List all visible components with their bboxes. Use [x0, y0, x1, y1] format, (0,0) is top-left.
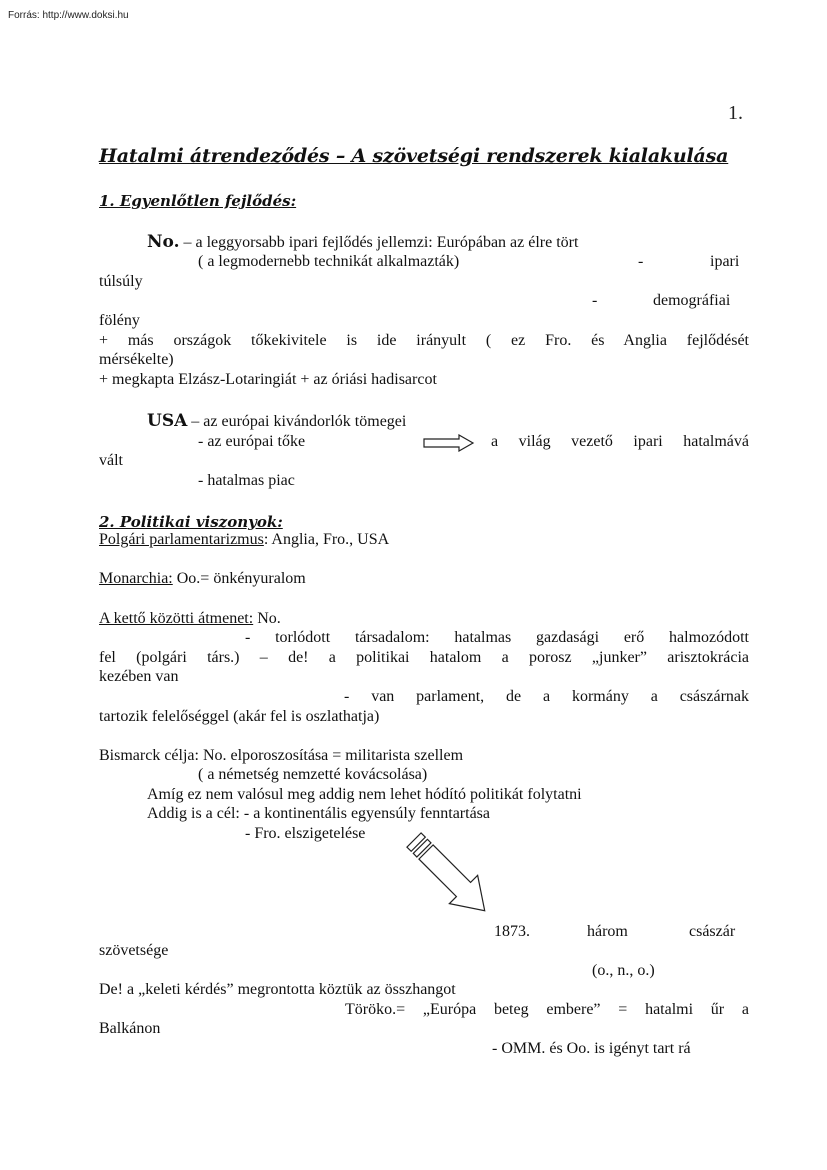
no-line-2b: -	[638, 252, 643, 272]
bismarck-4: Addig is a cél: - a kontinentális egyens…	[147, 804, 490, 824]
usa-line-4: - hatalmas piac	[198, 471, 295, 491]
bismarck-1: Bismarck célja: No. elporoszosítása = mi…	[99, 746, 463, 766]
monarchia-line: Monarchia: Oo.= önkényuralom	[99, 569, 306, 589]
atmenet-1: - torlódott társadalom: hatalmas gazdasá…	[245, 628, 749, 648]
down-right-arrow-icon	[402, 830, 492, 922]
no-line-8: + megkapta Elzász-Lotaringiát + az óriás…	[99, 370, 437, 390]
toroko-1: Töröko.= „Európa beteg embere” = hatalmi…	[345, 1000, 749, 1020]
alliance-year: 1873.	[494, 922, 530, 942]
atmenet-2: fel (polgári társ.) – de! a politikai ha…	[99, 648, 749, 668]
no-line-6: + más országok tőkekivitele is ide irány…	[99, 331, 749, 351]
page-number: 1.	[728, 102, 743, 125]
usa-line-3: vált	[99, 451, 123, 471]
bismarck-3: Amíg ez nem valósul meg addig nem lehet …	[147, 785, 582, 805]
atmenet-3: kezében van	[99, 667, 179, 687]
no-line-5: fölény	[99, 311, 140, 331]
atmenet-5: tartozik felelőséggel (akár fel is oszla…	[99, 707, 379, 727]
section2-heading: 2. Politikai viszonyok:	[99, 512, 283, 532]
polgari-line: Polgári parlamentarizmus: Anglia, Fro., …	[99, 530, 389, 550]
no-label: No.	[147, 232, 180, 252]
omm-line: - OMM. és Oo. is igényt tart rá	[492, 1039, 691, 1059]
no-line-2a: ( a legmodernebb technikát alkalmazták)	[198, 252, 459, 272]
atmenet-line: A kettő közötti átmenet: No.	[99, 609, 281, 629]
no-line-2c: ipari	[710, 252, 739, 272]
keleti-line: De! a „keleti kérdés” megrontotta köztük…	[99, 980, 456, 1000]
alliance-members: (o., n., o.)	[592, 961, 655, 981]
usa-line-1: USA – az európai kivándorlók tömegei	[147, 411, 406, 432]
atmenet-4: - van parlament, de a kormány a császárn…	[344, 687, 749, 707]
no-line-1: No. – a leggyorsabb ipari fejlődés jelle…	[147, 232, 578, 253]
bismarck-5: - Fro. elszigetelése	[245, 824, 365, 844]
alliance-word-3: szövetsége	[99, 941, 168, 961]
alliance-word-2: császár	[689, 922, 735, 942]
toroko-2: Balkánon	[99, 1019, 160, 1039]
no-line-4b: demográfiai	[653, 291, 730, 311]
no-line-7: mérsékelte)	[99, 350, 174, 370]
usa-line-2: - az európai tőke	[198, 432, 305, 452]
no-line-4a: -	[592, 291, 597, 311]
section1-heading: 1. Egyenlőtlen fejlődés:	[99, 191, 296, 211]
source-label: Forrás: http://www.doksi.hu	[8, 10, 129, 21]
usa-label: USA	[147, 411, 187, 431]
alliance-word-1: három	[587, 922, 628, 942]
usa-line-2b: a világ vezető ipari hatalmává	[491, 432, 749, 452]
right-arrow-icon	[423, 434, 475, 452]
page-title: Hatalmi átrendeződés – A szövetségi rend…	[99, 145, 728, 167]
no-line-3: túlsúly	[99, 272, 143, 292]
bismarck-2: ( a németség nemzetté kovácsolása)	[198, 765, 427, 785]
